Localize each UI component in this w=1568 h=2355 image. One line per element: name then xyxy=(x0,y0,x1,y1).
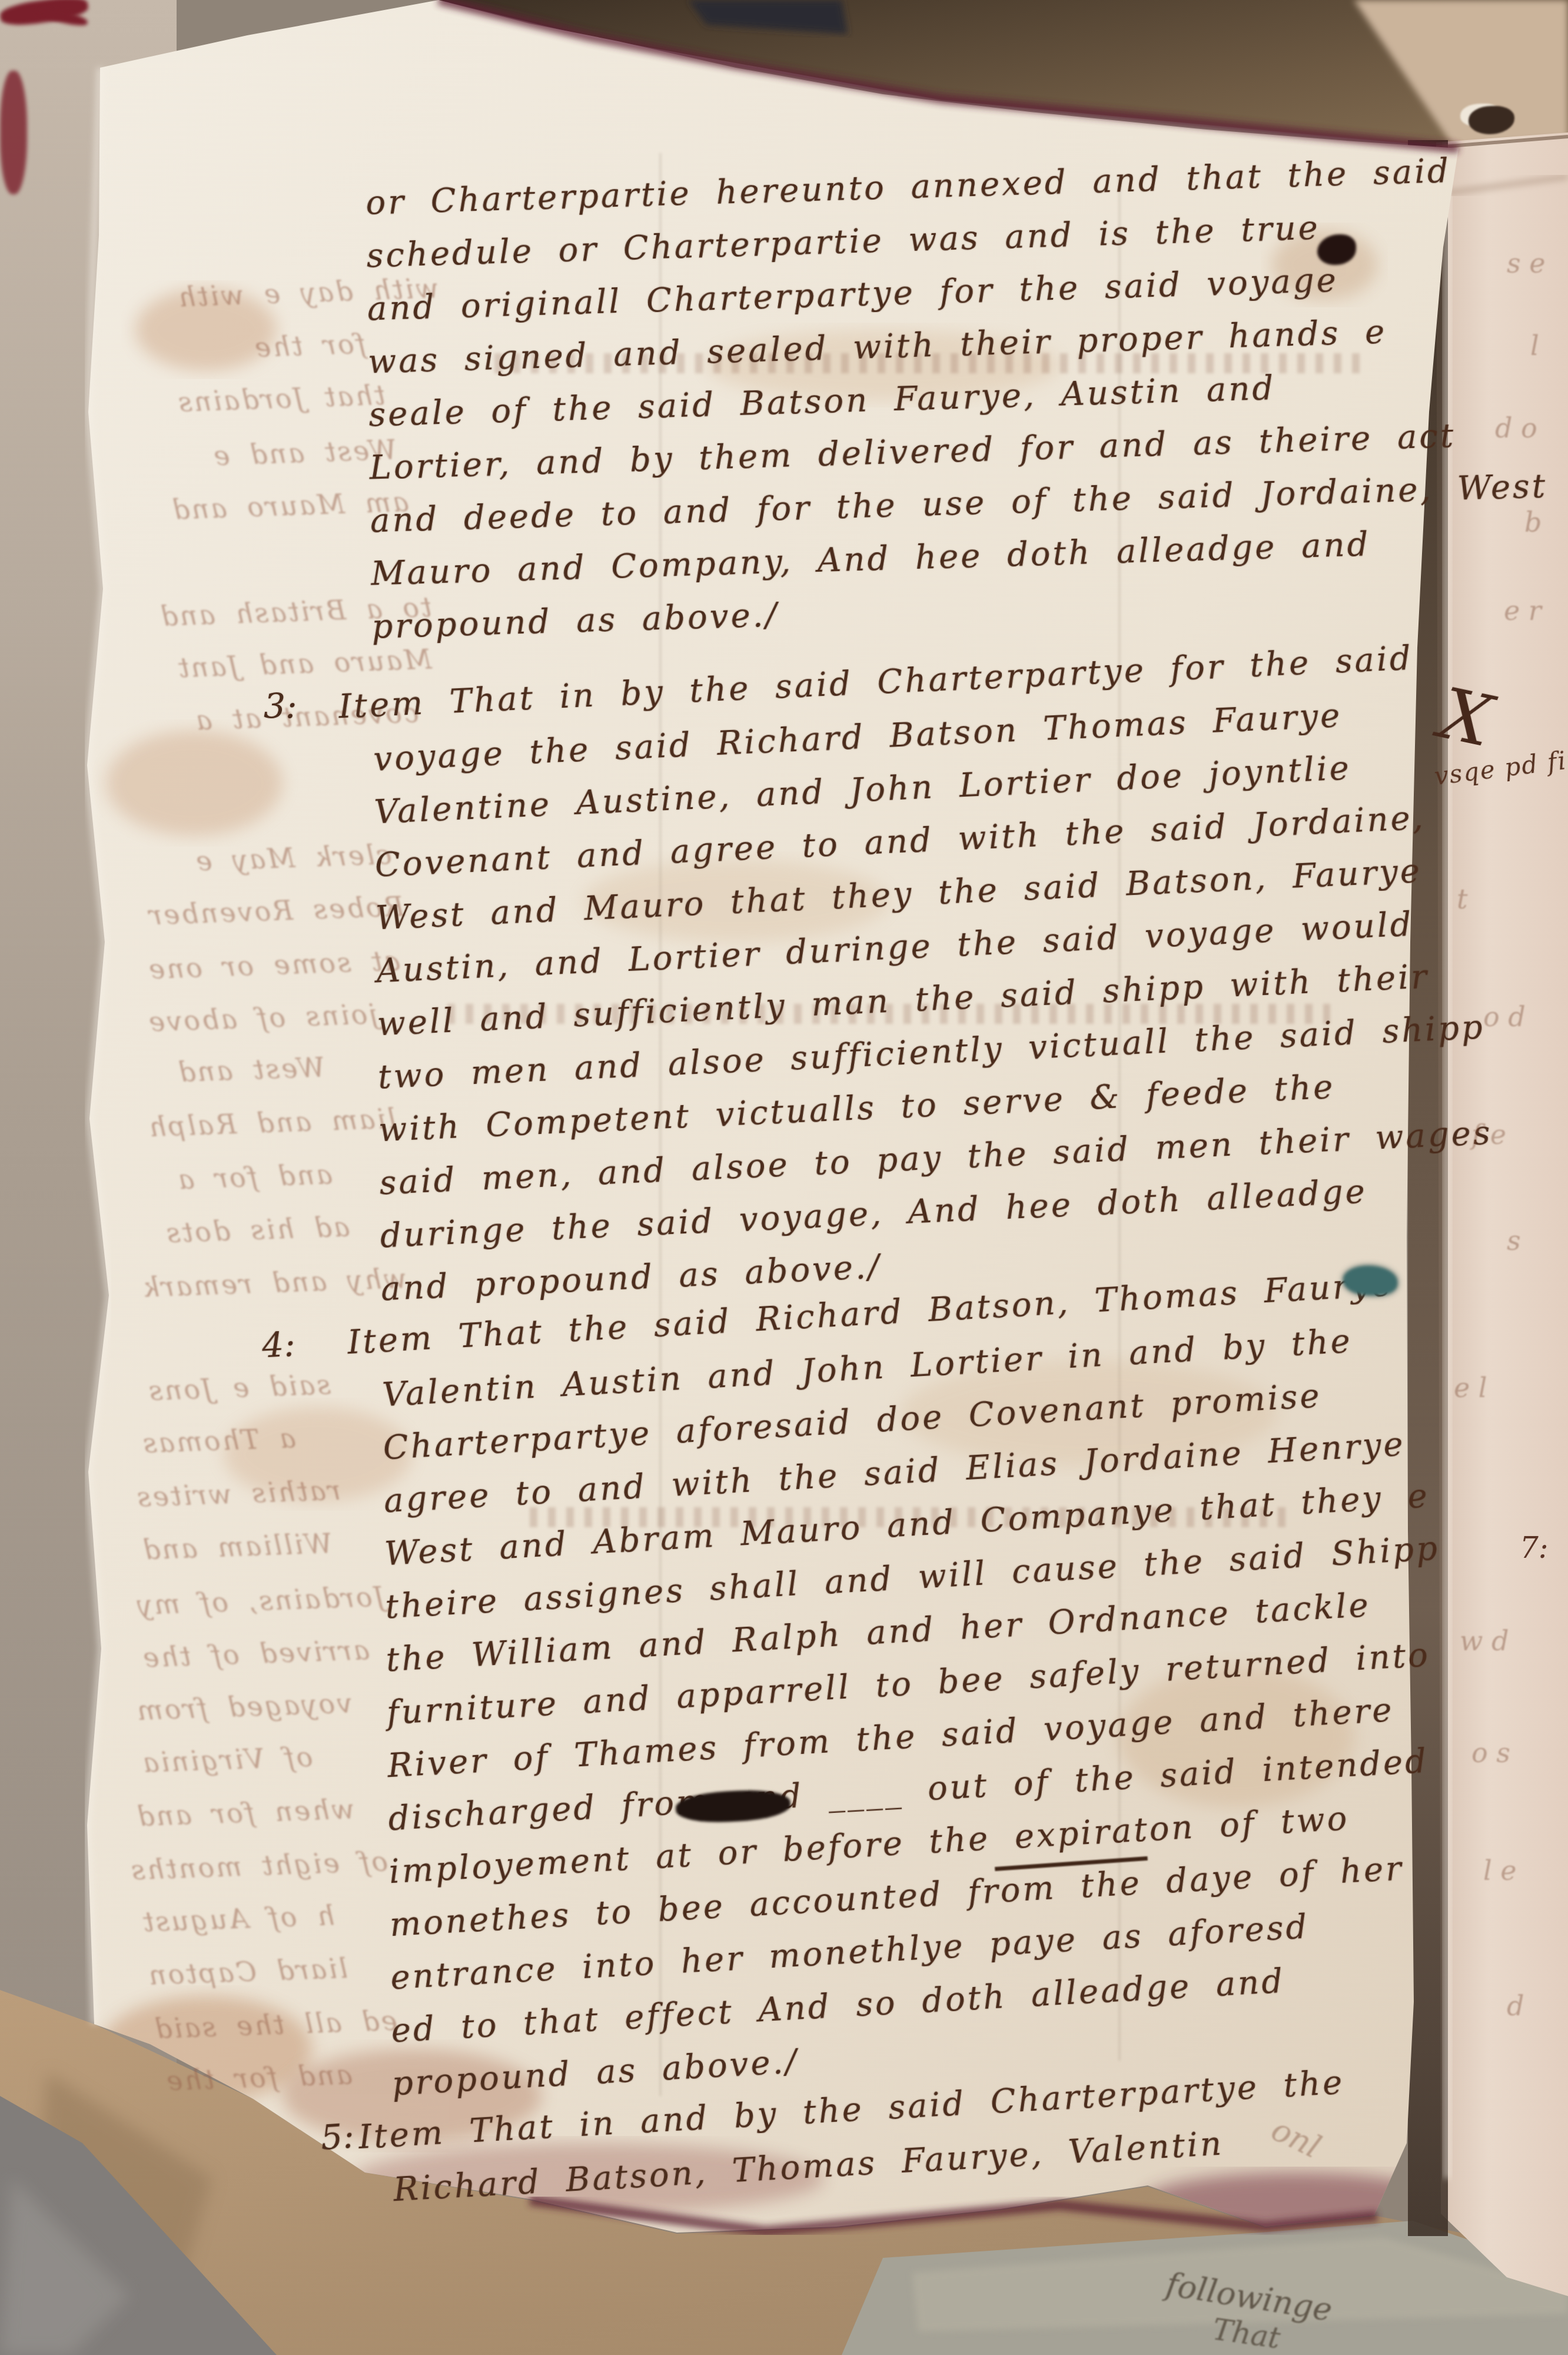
bleedthrough-fragment: of Virginia xyxy=(141,1741,313,1779)
right-page-fragment: w d xyxy=(1460,1625,1509,1657)
bleedthrough-fragment: joins of above xyxy=(147,998,378,1038)
paragraph-2-continuation: or Charterpartie hereunto annexed and th… xyxy=(366,164,1420,655)
bleedthrough-fragment: William and xyxy=(141,1527,333,1565)
bleedthrough-fragment: Jordains, of my xyxy=(135,1581,386,1621)
manuscript-photo: with day e withfor thethat JordainsWest … xyxy=(0,0,1568,2355)
bleedthrough-fragment: of eight months xyxy=(129,1845,388,1886)
right-page-fragment: l e xyxy=(1483,1855,1517,1886)
bleedthrough-fragment: ad his dots xyxy=(164,1211,350,1249)
item-number-3: 3: xyxy=(264,686,297,726)
bleedthrough-fragment: ed all the said xyxy=(152,2005,398,2045)
bleedthrough-fragment: when for and xyxy=(135,1793,355,1833)
bleedthrough-fragment: liam and Ralph xyxy=(147,1103,397,1143)
bleedthrough-fragment: a Thomas xyxy=(141,1422,296,1459)
right-page-fragment: s xyxy=(1507,1225,1521,1256)
paragraph-item-4: Item That the said Richard Batson, Thoma… xyxy=(381,1303,1440,2112)
right-page-fragment: t xyxy=(1457,883,1468,915)
bleedthrough-fragment: rathis writes xyxy=(135,1474,341,1513)
right-page-fragment: d o xyxy=(1495,412,1537,444)
item-7-marker: 7: xyxy=(1520,1531,1549,1565)
right-page-fragment: d xyxy=(1507,1990,1524,2022)
bleedthrough-fragment: and for the xyxy=(164,2058,353,2097)
right-page-fragment: e l xyxy=(1454,1372,1487,1404)
bleedthrough-fragment: for the xyxy=(253,328,366,364)
bleedthrough-fragment: Robes Rovenber xyxy=(147,890,405,931)
item-number-4: 4: xyxy=(261,1324,296,1366)
right-page-fragment: b xyxy=(1524,506,1542,538)
right-page-fragment: o s xyxy=(1471,1737,1510,1769)
manuscript-text-block: or Charterpartie hereunto annexed and th… xyxy=(366,164,1441,2218)
bleedthrough-fragment: h of August xyxy=(141,1899,335,1938)
bleedthrough-fragment: voyaged from xyxy=(135,1687,353,1727)
teal-ink-blot xyxy=(1343,1266,1397,1295)
right-page-fragment: l xyxy=(1530,330,1539,361)
right-page-fragment: e r xyxy=(1504,595,1542,626)
bleedthrough-fragment: said e Jons xyxy=(147,1369,331,1407)
right-page-fragment: f e xyxy=(1471,1119,1506,1150)
item-number-5: 5: xyxy=(320,2115,356,2158)
paragraph-item-3: Item That in by the said Charterpartye f… xyxy=(373,667,1429,1318)
right-page-fragment: o d xyxy=(1483,1001,1526,1033)
bleedthrough-fragment: and for a xyxy=(176,1158,333,1195)
bleedthrough-fragment: clerk May e xyxy=(194,838,392,877)
bleedthrough-fragment: West and xyxy=(176,1052,325,1089)
bleedthrough-fragment: arrived of the xyxy=(141,1634,370,1674)
right-page-fragment: s e xyxy=(1507,247,1545,279)
bleedthrough-fragment: at some or one xyxy=(147,945,401,986)
bleedthrough-fragment: why and remark xyxy=(141,1262,407,1303)
bleedthrough-fragment: liard Capton xyxy=(147,1952,348,1991)
bleedthrough-fragment: that Jordains xyxy=(176,379,386,418)
